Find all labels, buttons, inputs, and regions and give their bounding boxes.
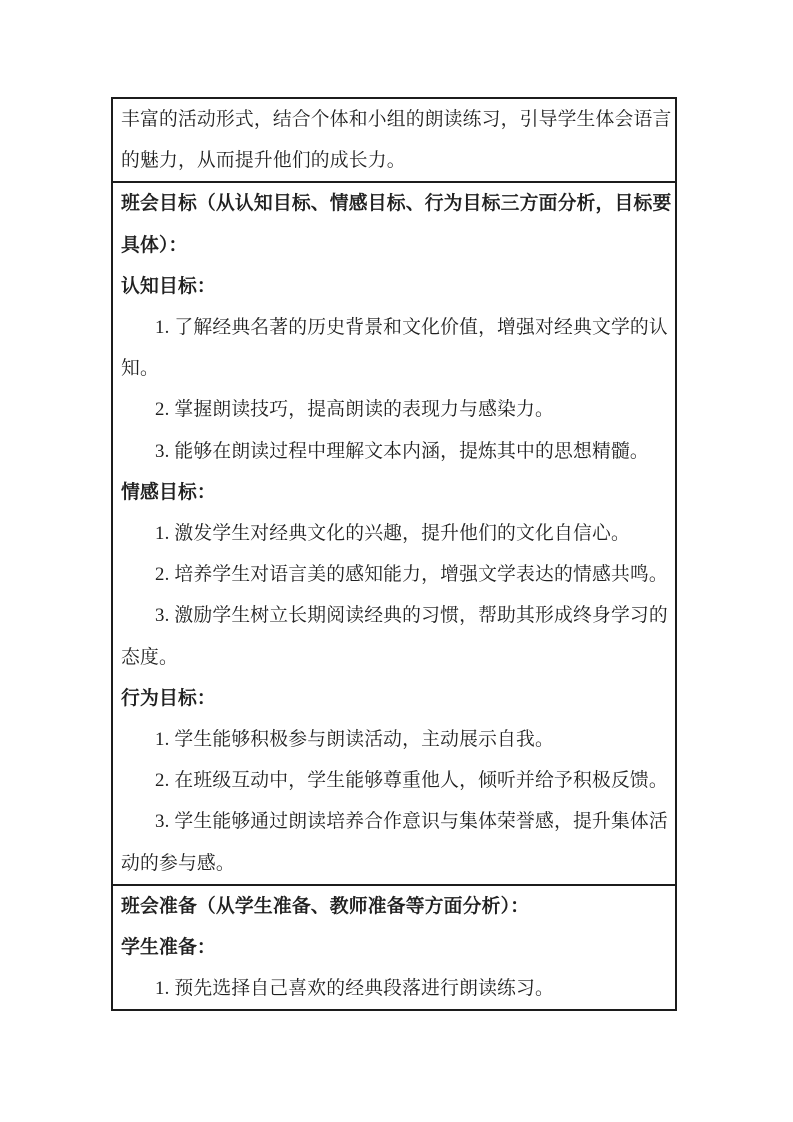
text-line: 动的参与感。 xyxy=(121,843,669,884)
text-line: 3. 学生能够通过朗读培养合作意识与集体荣誉感，提升集体活 xyxy=(121,801,669,842)
document-page: 丰富的活动形式，结合个体和小组的朗读练习，引导学生体会语言 的魅力，从而提升他们… xyxy=(0,0,793,1122)
table-row-activity-description: 丰富的活动形式，结合个体和小组的朗读练习，引导学生体会语言 的魅力，从而提升他们… xyxy=(113,99,675,181)
text-line: 2. 在班级互动中，学生能够尊重他人，倾听并给予积极反馈。 xyxy=(121,760,669,801)
text-line: 的魅力，从而提升他们的成长力。 xyxy=(121,140,669,181)
text-line: 1. 了解经典名著的历史背景和文化价值，增强对经典文学的认 xyxy=(121,307,669,348)
text-line: 态度。 xyxy=(121,637,669,678)
text-line: 丰富的活动形式，结合个体和小组的朗读练习，引导学生体会语言 xyxy=(121,99,669,140)
text-line: 知。 xyxy=(121,348,669,389)
cognitive-goals-heading: 认知目标： xyxy=(121,266,669,307)
text-line: 2. 掌握朗读技巧，提高朗读的表现力与感染力。 xyxy=(121,389,669,430)
emotional-goals-heading: 情感目标： xyxy=(121,472,669,513)
text-line: 1. 预先选择自己喜欢的经典段落进行朗读练习。 xyxy=(121,968,669,1009)
text-line: 2. 培养学生对语言美的感知能力，增强文学表达的情感共鸣。 xyxy=(121,554,669,595)
preparation-heading-line: 班会准备（从学生准备、教师准备等方面分析）： xyxy=(121,886,669,927)
text-line: 1. 激发学生对经典文化的兴趣，提升他们的文化自信心。 xyxy=(121,513,669,554)
student-preparation-heading: 学生准备： xyxy=(121,927,669,968)
text-line: 3. 能够在朗读过程中理解文本内涵，提炼其中的思想精髓。 xyxy=(121,431,669,472)
text-line: 3. 激励学生树立长期阅读经典的习惯，帮助其形成终身学习的 xyxy=(121,595,669,636)
lesson-plan-table: 丰富的活动形式，结合个体和小组的朗读练习，引导学生体会语言 的魅力，从而提升他们… xyxy=(111,97,677,1011)
text-line: 1. 学生能够积极参与朗读活动，主动展示自我。 xyxy=(121,719,669,760)
table-row-preparation: 班会准备（从学生准备、教师准备等方面分析）： 学生准备： 1. 预先选择自己喜欢… xyxy=(113,884,675,1010)
goals-heading-line: 班会目标（从认知目标、情感目标、行为目标三方面分析，目标要 xyxy=(121,183,669,224)
table-row-goals: 班会目标（从认知目标、情感目标、行为目标三方面分析，目标要 具体）： 认知目标：… xyxy=(113,181,675,883)
behavioral-goals-heading: 行为目标： xyxy=(121,678,669,719)
goals-heading-line: 具体）： xyxy=(121,225,669,266)
